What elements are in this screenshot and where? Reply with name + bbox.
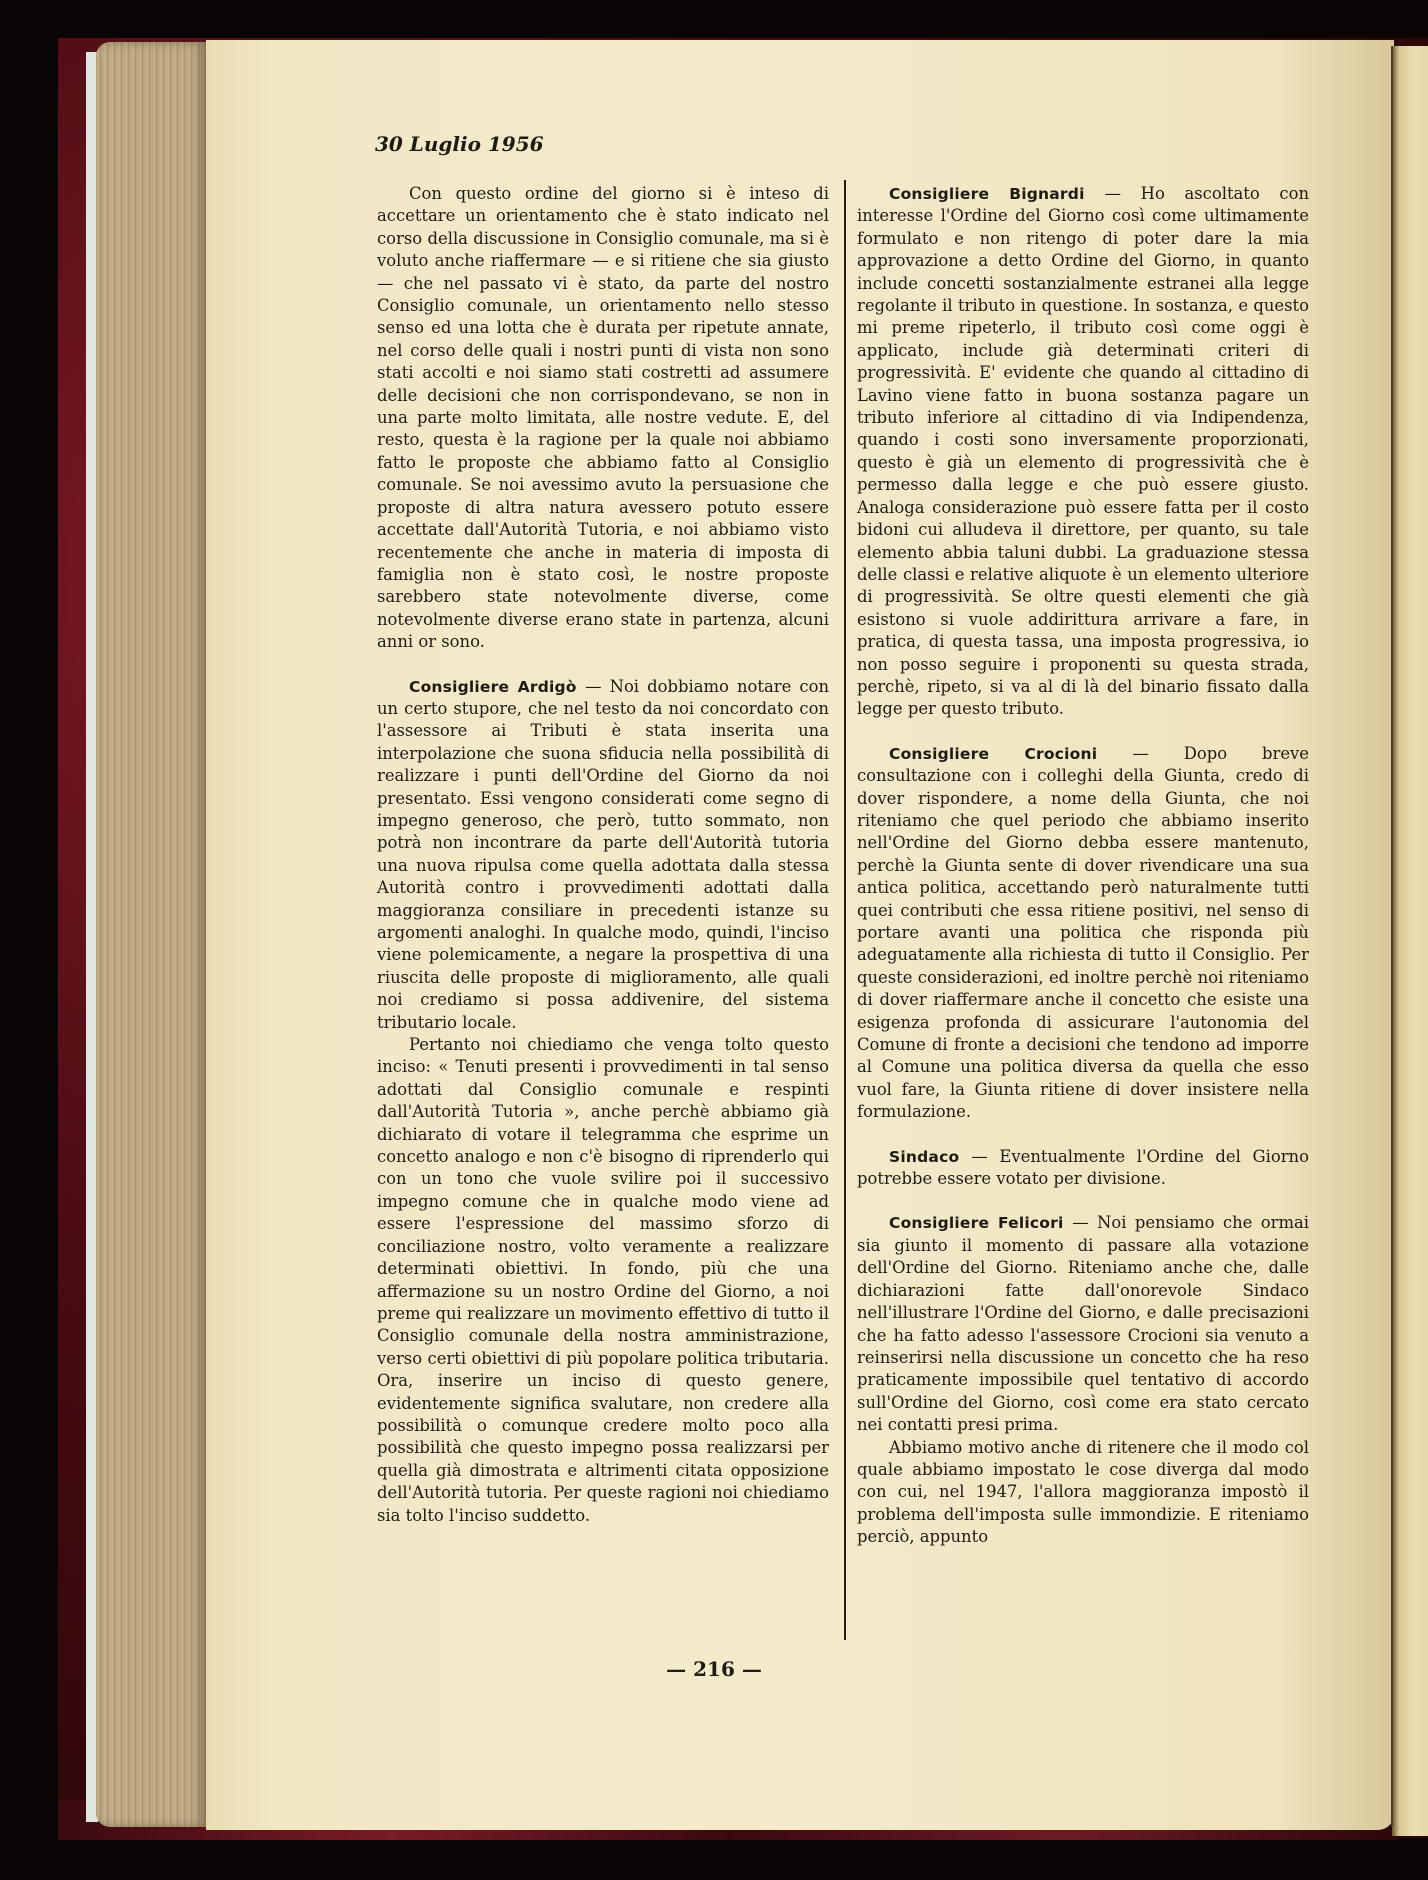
paragraph-text: — Noi pensiamo che ormai sia giunto il m… [857,1213,1309,1434]
paragraph: Consigliere Ardigò — Noi dobbiamo notare… [377,676,829,1035]
paragraph: Consigliere Crocioni — Dopo breve consul… [857,743,1309,1124]
running-head-date: 30 Luglio 1956 [375,132,544,156]
paragraph: Pertanto noi chiediamo che venga tolto q… [377,1034,829,1527]
speaker-name: Consigliere Crocioni [889,745,1132,763]
paragraph: Sindaco — Eventualmente l'Ordine del Gio… [857,1146,1309,1191]
gutter [1391,46,1393,1826]
paragraph: Con questo ordine del giorno si è inteso… [377,183,829,654]
right-column: Consigliere Bignardi — Ho ascoltato con … [857,183,1309,1549]
paragraph-text: Pertanto noi chiediamo che venga tolto q… [377,1035,829,1525]
left-column: Con questo ordine del giorno si è inteso… [377,183,829,1527]
paragraph-text: Abbiamo motivo anche di ritenere che il … [857,1438,1309,1547]
page-stack-edges [96,42,206,1827]
page-number: — 216 — [0,1657,1428,1681]
paragraph-text: — Ho ascoltato con interesse l'Ordine de… [857,184,1309,718]
paragraph: Abbiamo motivo anche di ritenere che il … [857,1437,1309,1549]
paragraph-text: — Dopo breve consultazione con i collegh… [857,744,1309,1122]
speaker-name: Sindaco [889,1148,971,1166]
paragraph: Consigliere Felicori — Noi pensiamo che … [857,1212,1309,1436]
speaker-name: Consigliere Felicori [889,1214,1072,1232]
speaker-name: Consigliere Bignardi [889,185,1105,203]
facing-page-edge [1392,46,1428,1836]
paragraph-text: Con questo ordine del giorno si è inteso… [377,184,829,651]
column-divider [844,180,846,1640]
paragraph-text: — Noi dobbiamo notare con un certo stupo… [377,677,829,1032]
speaker-name: Consigliere Ardigò [409,678,585,696]
paragraph: Consigliere Bignardi — Ho ascoltato con … [857,183,1309,721]
